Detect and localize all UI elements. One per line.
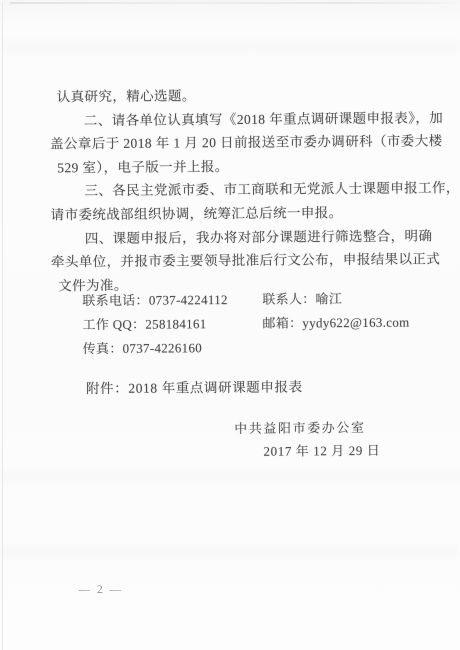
body-line: 请市委统战部组织协调，统筹汇总后统一申报。 (51, 200, 418, 226)
attachment-line: 附件：2018 年重点调研课题申报表 (86, 375, 303, 397)
contact-phone: 联系电话：0737-4224112 (82, 288, 262, 313)
body-line: 三、各民主党派市委、市工商联和无党派人士课题申报工作， (84, 177, 417, 203)
signature-date: 2017 年 12 月 29 日 (263, 440, 380, 460)
page-number: — 2 — (79, 584, 124, 596)
body-line: 盖公章后于 2018 年 1 月 20 日前报送至市委办调研科（市委大楼 (50, 130, 417, 156)
body-line: 四、课题申报后，我办将对部分课题进行筛选整合，明确 (85, 224, 418, 250)
document-content: 认真研究，精心选题。 二、请各单位认真填写《2018 年重点调研课题申报表》，加… (0, 0, 460, 650)
contact-block: 联系电话：0737-4224112 联系人：喻江 工作 QQ：258184161… (82, 287, 410, 362)
contact-row: 工作 QQ：258184161 邮箱：yydy622@163.com (82, 311, 409, 338)
body-line: 认真研究，精心选题。 (57, 83, 417, 109)
contact-person: 联系人：喻江 (262, 287, 342, 312)
contact-row: 联系电话：0737-4224112 联系人：喻江 (82, 287, 409, 314)
contact-qq: 工作 QQ：258184161 (82, 312, 262, 337)
contact-fax: 传真：0737-4226160 (83, 336, 263, 361)
body-line: 529 室），电子版一并上报。 (57, 153, 417, 179)
contact-email: 邮箱：yydy622@163.com (262, 311, 409, 336)
body-line: 二、请各单位认真填写《2018 年重点调研课题申报表》，加 (84, 106, 417, 132)
document-body: 认真研究，精心选题。 二、请各单位认真填写《2018 年重点调研课题申报表》，加… (50, 83, 419, 298)
body-line: 牵头单位，并报市委主要领导批准后行文公布，申报结果以正式 (51, 248, 418, 274)
scanned-document-page: 认真研究，精心选题。 二、请各单位认真填写《2018 年重点调研课题申报表》，加… (0, 0, 460, 650)
signature-organization: 中共益阳市委办公室 (234, 417, 366, 437)
contact-row: 传真：0737-4226160 (83, 335, 410, 362)
